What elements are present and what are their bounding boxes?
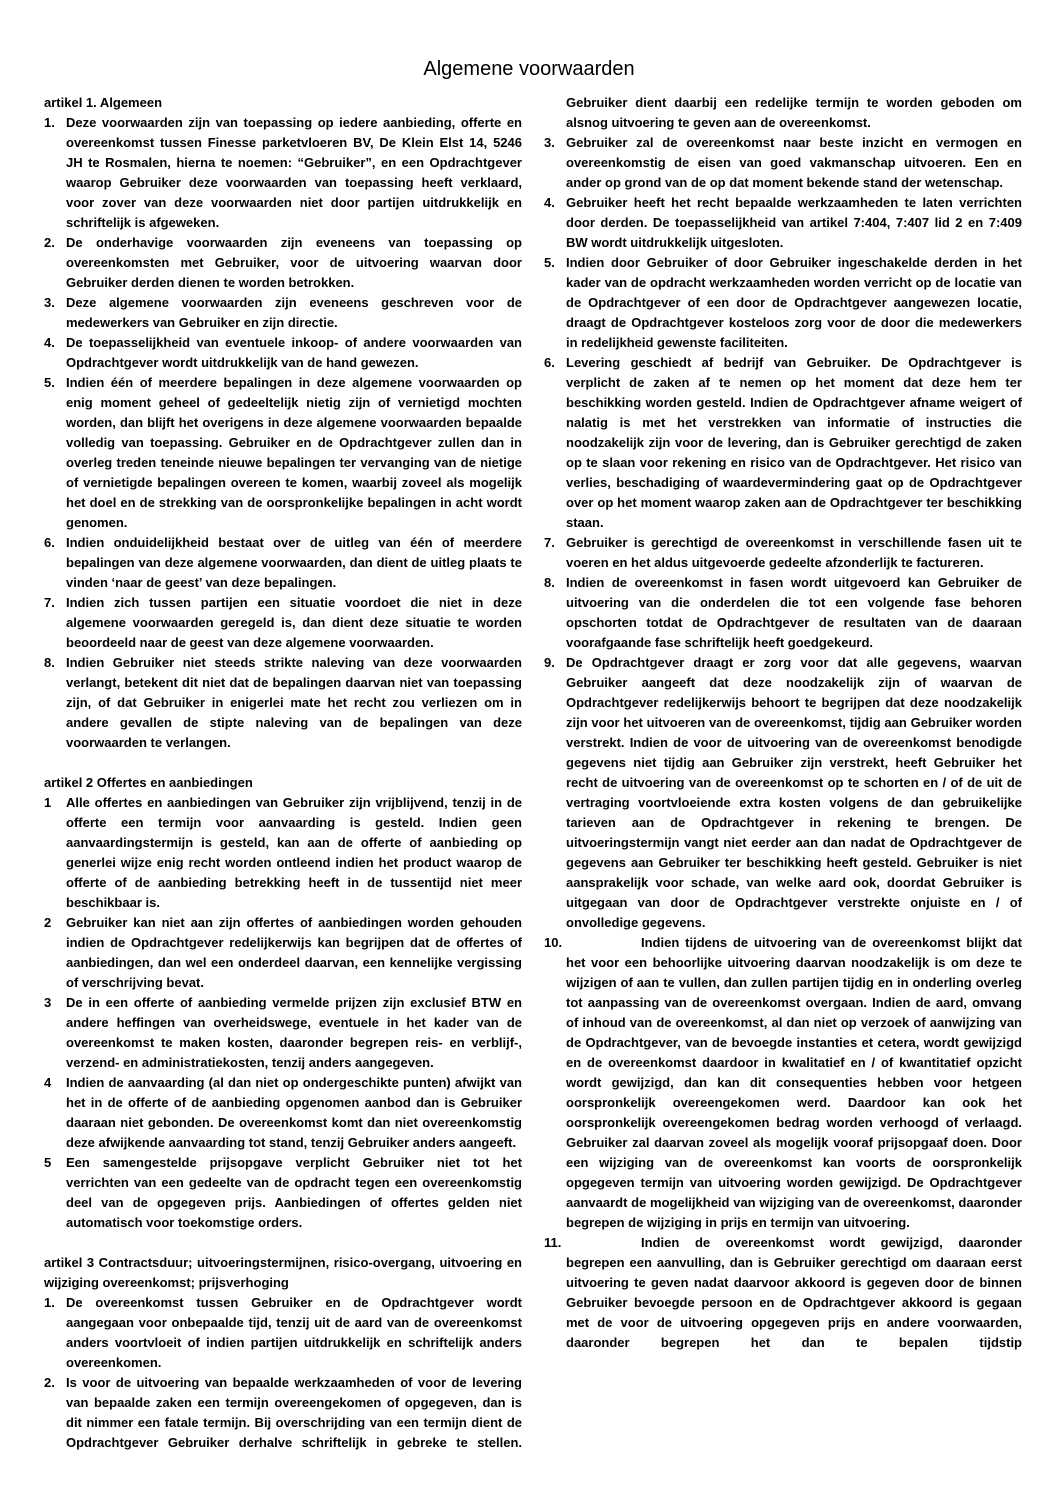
item-number: 4 [44,1073,51,1093]
item-number: 8. [44,653,55,673]
item-text: De in een offerte of aanbieding vermelde… [66,993,522,1073]
terms-item: 8. Indien de overeenkomst in fasen wordt… [544,573,1022,653]
item-number: 1. [44,113,55,133]
item-number: 3. [544,133,555,153]
item-number: 9. [544,653,555,673]
terms-item: 4 Indien de aanvaarding (al dan niet op … [44,1073,522,1153]
item-text: Indien één of meerdere bepalingen in dez… [66,373,522,533]
article-1-heading: artikel 1. Algemeen [44,93,522,113]
article-1: artikel 1. Algemeen 1. Deze voorwaarden … [44,93,522,753]
item-number: 3 [44,993,51,1013]
item-text: Indien de overeenkomst in fasen wordt ui… [566,573,1022,653]
terms-item: 3. Gebruiker zal de overeenkomst naar be… [544,133,1022,193]
item-number: 6. [544,353,555,373]
item-number: 7. [544,533,555,553]
two-column-text: artikel 1. Algemeen 1. Deze voorwaarden … [44,93,1022,1477]
article-2: artikel 2 Offertes en aanbiedingen 1 All… [44,773,522,1233]
terms-item: 9. De Opdrachtgever draagt er zorg voor … [544,653,1022,933]
item-number: 6. [44,533,55,553]
terms-item: 1 Alle offertes en aanbiedingen van Gebr… [44,793,522,913]
item-text: De Opdrachtgever draagt er zorg voor dat… [566,653,1022,933]
document-page: Algemene voorwaarden artikel 1. Algemeen… [0,0,1058,1497]
terms-item: 2. De onderhavige voorwaarden zijn evene… [44,233,522,293]
item-text: Gebruiker heeft het recht bepaalde werkz… [566,193,1022,253]
item-number: 3. [44,293,55,313]
item-number: 7. [44,593,55,613]
item-text: Indien de overeenkomst wordt gewijzigd, … [566,1233,1022,1353]
item-text: Indien de aanvaarding (al dan niet op on… [66,1073,522,1153]
item-number: 4. [44,333,55,353]
item-number: 8. [544,573,555,593]
item-number: 2 [44,913,51,933]
item-text: Gebruiker zal de overeenkomst naar beste… [566,133,1022,193]
item-number: 5 [44,1153,51,1173]
item-text: Deze algemene voorwaarden zijn eveneens … [66,293,522,333]
item-number: 11. [544,1233,561,1253]
terms-item: 4. Gebruiker heeft het recht bepaalde we… [544,193,1022,253]
terms-item: 3. Deze algemene voorwaarden zijn evenee… [44,293,522,333]
terms-item: 1. Deze voorwaarden zijn van toepassing … [44,113,522,233]
terms-item: 6. Indien onduidelijkheid bestaat over d… [44,533,522,593]
item-text: Indien zich tussen partijen een situatie… [66,593,522,653]
item-text: De onderhavige voorwaarden zijn eveneens… [66,233,522,293]
item-text: Levering geschiedt af bedrijf van Gebrui… [566,353,1022,533]
item-number: 5. [44,373,55,393]
item-text: Indien door Gebruiker of door Gebruiker … [566,253,1022,353]
terms-item: 7. Gebruiker is gerechtigd de overeenkom… [544,533,1022,573]
item-text: Deze voorwaarden zijn van toepassing op … [66,113,522,233]
item-text: Een samengestelde prijsopgave verplicht … [66,1153,522,1233]
terms-item: 3 De in een offerte of aanbieding vermel… [44,993,522,1073]
terms-item: 7. Indien zich tussen partijen een situa… [44,593,522,653]
terms-item: 2 Gebruiker kan niet aan zijn offertes o… [44,913,522,993]
terms-item: 10. Indien tijdens de uitvoering van de … [544,933,1022,1233]
item-text: Alle offertes en aanbiedingen van Gebrui… [66,793,522,913]
item-text: De overeenkomst tussen Gebruiker en de O… [66,1293,522,1373]
terms-item: 8. Indien Gebruiker niet steeds strikte … [44,653,522,753]
terms-item: 5. Indien door Gebruiker of door Gebruik… [544,253,1022,353]
article-3-heading: artikel 3 Contractsduur; uitvoeringsterm… [44,1253,522,1293]
terms-item: 6. Levering geschiedt af bedrijf van Geb… [544,353,1022,533]
item-number: 10. [544,933,562,953]
item-text: Indien tijdens de uitvoering van de over… [566,933,1022,1233]
article-2-heading: artikel 2 Offertes en aanbiedingen [44,773,522,793]
item-number: 2. [44,1373,55,1393]
item-text: Gebruiker kan niet aan zijn offertes of … [66,913,522,993]
item-number: 4. [544,193,555,213]
item-number: 2. [44,233,55,253]
terms-item: 4. De toepasselijkheid van eventuele ink… [44,333,522,373]
item-text: Gebruiker is gerechtigd de overeenkomst … [566,533,1022,573]
item-text: De toepasselijkheid van eventuele inkoop… [66,333,522,373]
item-text: Indien Gebruiker niet steeds strikte nal… [66,653,522,753]
item-text: Indien onduidelijkheid bestaat over de u… [66,533,522,593]
terms-item: 5 Een samengestelde prijsopgave verplich… [44,1153,522,1233]
item-number: 1. [44,1293,55,1313]
terms-item: 5. Indien één of meerdere bepalingen in … [44,373,522,533]
terms-item: 1. De overeenkomst tussen Gebruiker en d… [44,1293,522,1373]
item-number: 1 [44,793,51,813]
page-title: Algemene voorwaarden [0,0,1058,81]
terms-item: 11. Indien de overeenkomst wordt gewijzi… [544,1233,1022,1353]
item-number: 5. [544,253,555,273]
